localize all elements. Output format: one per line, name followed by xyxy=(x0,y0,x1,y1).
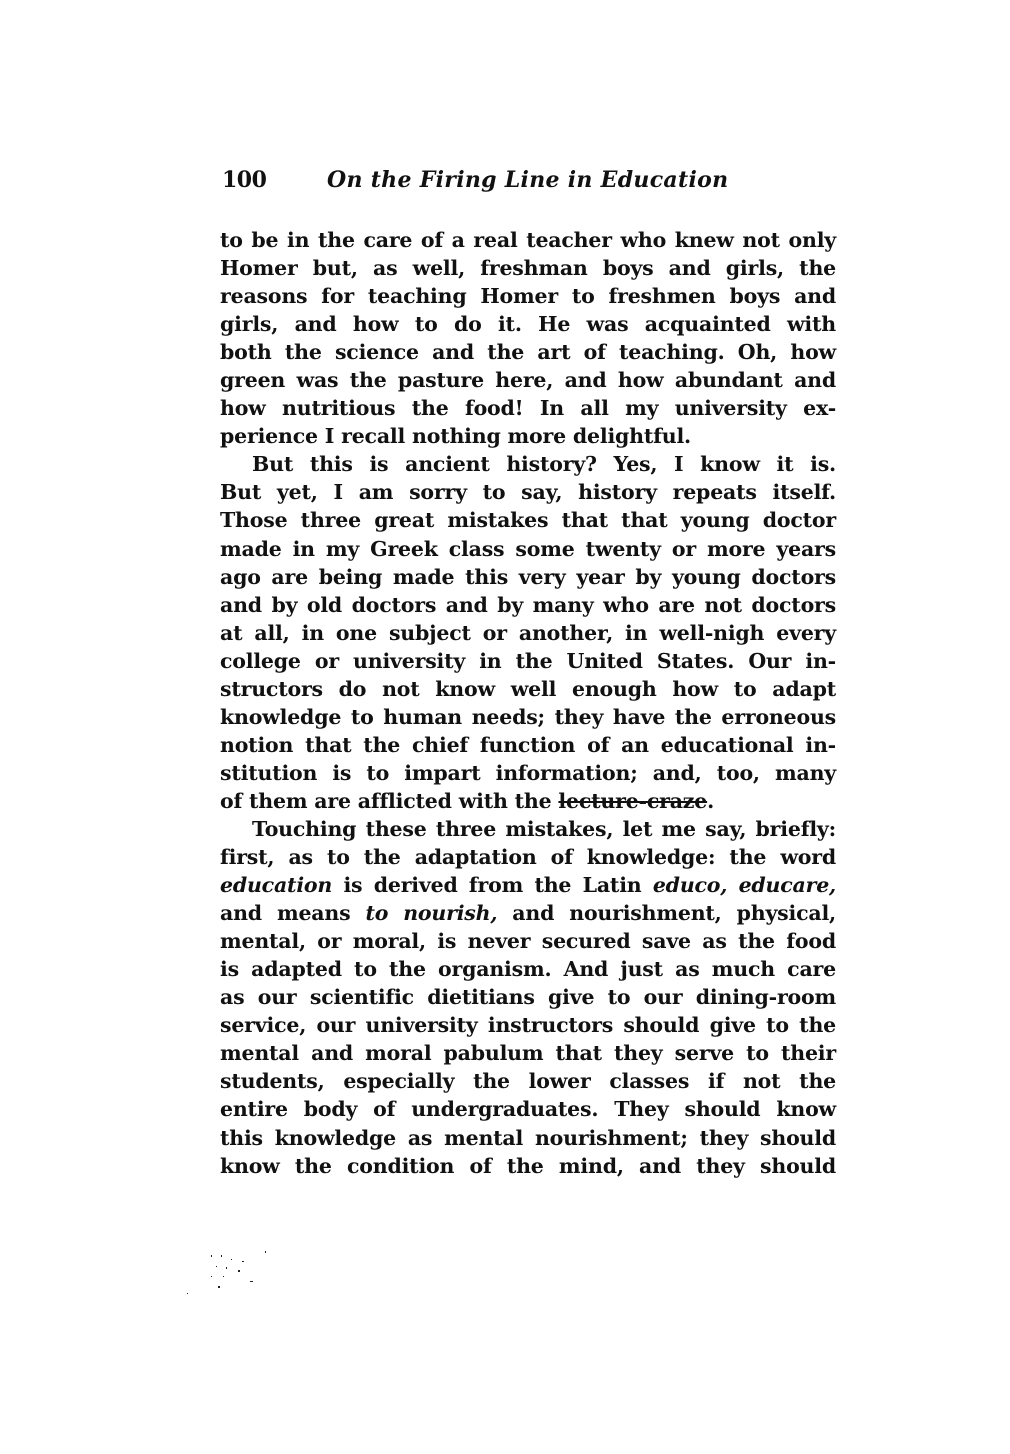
text-line: knowledge to human needs; they have the … xyxy=(220,703,836,731)
running-head: 100 On the Firing Line in Education xyxy=(222,163,837,197)
text-line: reasons for teaching Homer to freshmen b… xyxy=(220,282,836,310)
text-line: college or university in the United Stat… xyxy=(220,647,836,675)
italic-text: education xyxy=(220,873,332,897)
line-text: of them are afflicted with the xyxy=(220,789,558,813)
text-line: to be in the care of a real teacher who … xyxy=(220,226,836,254)
running-title: On the Firing Line in Education xyxy=(327,163,728,197)
text-line: mental and moral pabulum that they serve… xyxy=(220,1039,836,1067)
line-text: and means xyxy=(220,901,365,925)
text-line: and by old doctors and by many who are n… xyxy=(220,591,836,619)
text-line: at all, in one subject or another, in we… xyxy=(220,619,836,647)
text-line: entire body of undergraduates. They shou… xyxy=(220,1095,836,1123)
text-line: first, as to the adaptation of knowledge… xyxy=(220,843,836,871)
text-line: and means to nourish, and nourishment, p… xyxy=(220,899,836,927)
text-line: this knowledge as mental nourishment; th… xyxy=(220,1124,836,1152)
body-text: to be in the care of a real teacher who … xyxy=(220,226,836,1180)
text-line-paragraph-start: But this is ancient history? Yes, I know… xyxy=(220,450,836,478)
text-line: is adapted to the organism. And just as … xyxy=(220,955,836,983)
line-text: and nourishment, physical, xyxy=(497,901,836,925)
text-line: green was the pasture here, and how abun… xyxy=(220,366,836,394)
text-line: ago are being made this very year by you… xyxy=(220,563,836,591)
text-line: know the condition of the mind, and they… xyxy=(220,1152,836,1180)
text-line: Homer but, as well, freshman boys and gi… xyxy=(220,254,836,282)
italic-text: educo, educare, xyxy=(653,873,836,897)
text-line: both the science and the art of teaching… xyxy=(220,338,836,366)
text-line: students, especially the lower classes i… xyxy=(220,1067,836,1095)
scan-speckles xyxy=(170,1230,300,1300)
italic-text: to nourish, xyxy=(365,901,497,925)
text-line: But yet, I am sorry to say, history repe… xyxy=(220,478,836,506)
line-text: . xyxy=(707,789,714,813)
text-line: how nutritious the food! In all my unive… xyxy=(220,394,836,422)
text-line: mental, or moral, is never secured save … xyxy=(220,927,836,955)
text-line: stitution is to impart information; and,… xyxy=(220,759,836,787)
text-line: Those three great mistakes that that you… xyxy=(220,506,836,534)
text-line-paragraph-end: of them are afflicted with the lecture-c… xyxy=(220,787,836,815)
text-line: education is derived from the Latin educ… xyxy=(220,871,836,899)
text-line: structors do not know well enough how to… xyxy=(220,675,836,703)
line-text: is derived from the Latin xyxy=(332,873,653,897)
text-line-paragraph-start: Touching these three mistakes, let me sa… xyxy=(220,815,836,843)
text-line: girls, and how to do it. He was acquaint… xyxy=(220,310,836,338)
text-line: as our scientific dietitians give to our… xyxy=(220,983,836,1011)
struck-text: lecture-craze xyxy=(558,789,707,813)
text-line: made in my Greek class some twenty or mo… xyxy=(220,535,836,563)
book-page: 100 On the Firing Line in Education to b… xyxy=(0,0,1010,1454)
text-line: notion that the chief function of an edu… xyxy=(220,731,836,759)
page-number: 100 xyxy=(222,163,266,197)
text-line-paragraph-end: perience I recall nothing more delightfu… xyxy=(220,422,836,450)
text-line: service, our university instructors shou… xyxy=(220,1011,836,1039)
